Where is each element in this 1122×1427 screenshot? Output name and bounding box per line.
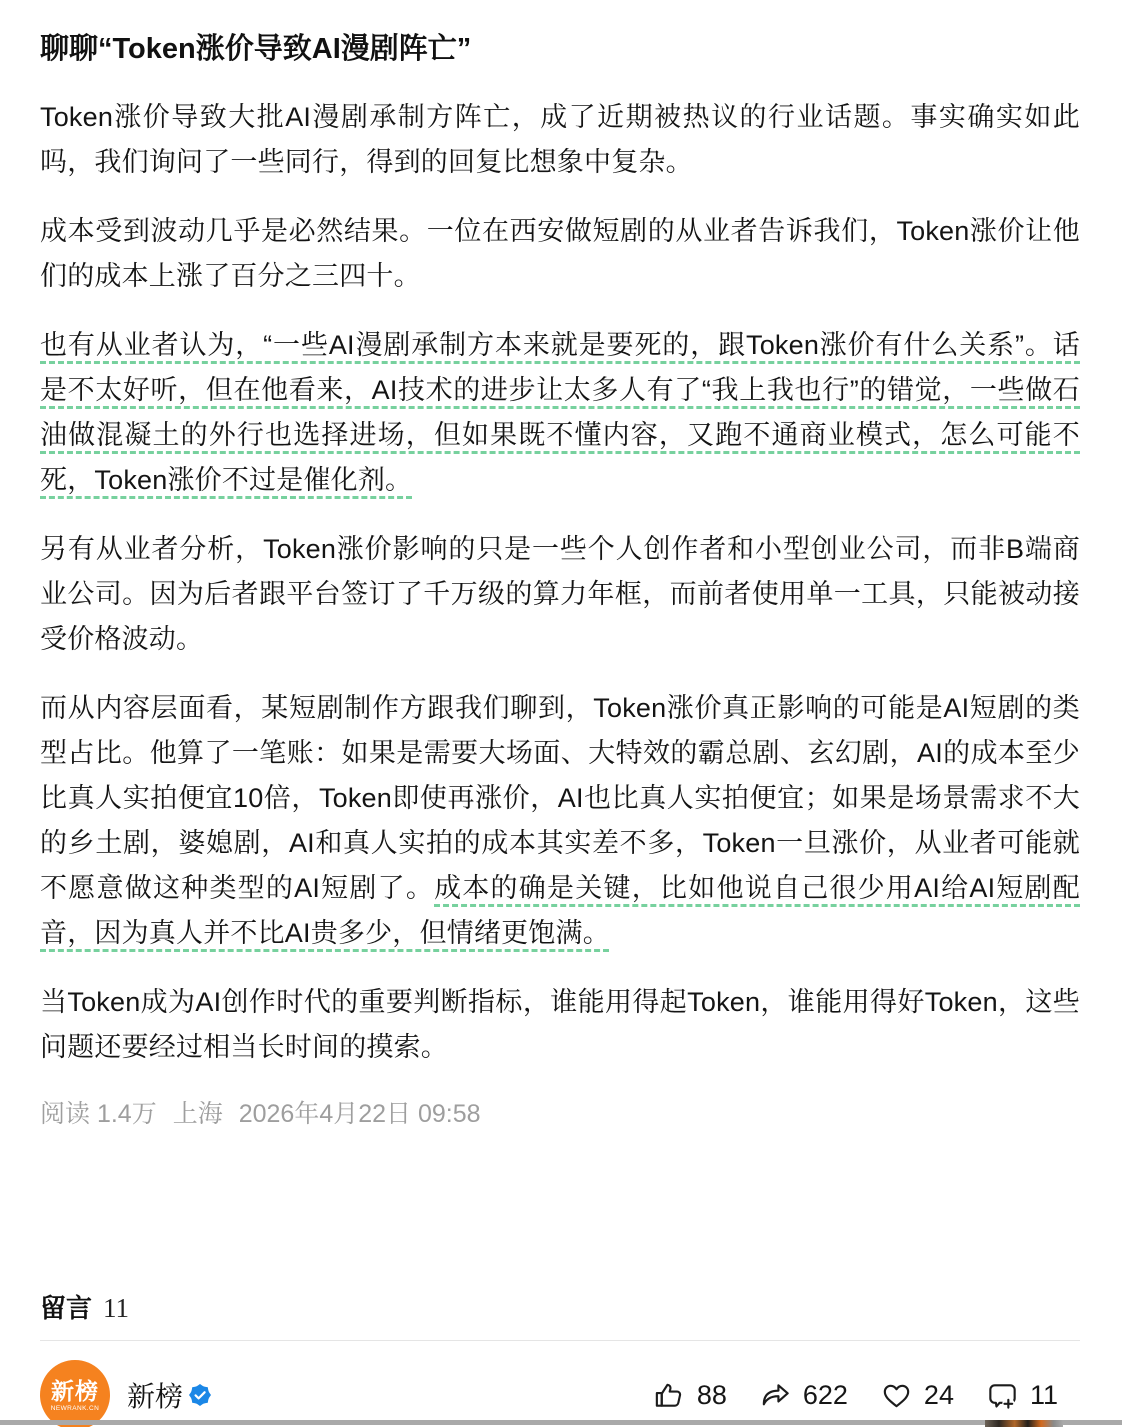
next-section-image-fragment bbox=[985, 1420, 1063, 1427]
paragraph-text: 另有从业者分析，Token涨价影响的只是一些个人创作者和小型创业公司，而非B端商… bbox=[40, 534, 1080, 654]
thumbs-up-icon bbox=[652, 1378, 687, 1413]
paragraph: 另有从业者分析，Token涨价影响的只是一些个人创作者和小型创业公司，而非B端商… bbox=[40, 527, 1080, 662]
paragraph: 当Token成为AI创作时代的重要判断指标，谁能用得起Token，谁能用得好To… bbox=[40, 980, 1080, 1070]
paragraph: 而从内容层面看，某短剧制作方跟我们聊到，Token涨价真正影响的可能是AI短剧的… bbox=[40, 686, 1080, 956]
comment-plus-icon bbox=[985, 1378, 1020, 1413]
heart-count: 24 bbox=[924, 1380, 954, 1411]
paragraph: 也有从业者认为，“一些AI漫剧承制方本来就是要死的，跟Token涨价有什么关系”… bbox=[40, 323, 1080, 503]
read-count: 阅读 1.4万 bbox=[40, 1094, 157, 1130]
share-button[interactable]: 622 bbox=[758, 1378, 848, 1413]
article-meta: 阅读 1.4万 上海 2026年4月22日 09:58 bbox=[40, 1094, 1080, 1130]
paragraph-text: 当Token成为AI创作时代的重要判断指标，谁能用得起Token，谁能用得好To… bbox=[40, 987, 1080, 1062]
location-label: 上海 bbox=[173, 1094, 223, 1130]
like-button[interactable]: 88 bbox=[652, 1378, 727, 1413]
comments-count: 11 bbox=[103, 1293, 129, 1324]
account-avatar[interactable]: 新榜 NEWRANK.CN bbox=[40, 1360, 110, 1427]
paragraph-text: 而从内容层面看，某短剧制作方跟我们聊到，Token涨价真正影响的可能是AI短剧的… bbox=[40, 693, 1080, 903]
heart-icon bbox=[879, 1378, 914, 1413]
share-arrow-icon bbox=[758, 1378, 793, 1413]
paragraph-text: 成本受到波动几乎是必然结果。一位在西安做短剧的从业者告诉我们，Token涨价让他… bbox=[40, 216, 1080, 291]
comments-label: 留言 bbox=[40, 1288, 92, 1325]
heart-button[interactable]: 24 bbox=[879, 1378, 954, 1413]
verified-badge-icon bbox=[189, 1384, 211, 1406]
avatar-logo-text: 新榜 bbox=[51, 1379, 99, 1403]
comment-button[interactable]: 11 bbox=[985, 1378, 1058, 1413]
article-title: 聊聊“Token涨价导致AI漫剧阵亡” bbox=[40, 26, 1080, 72]
comments-section: 留言 11 bbox=[40, 1288, 1080, 1341]
footer-bar: 新榜 NEWRANK.CN 新榜 88 bbox=[40, 1356, 1080, 1427]
publish-datetime: 2026年4月22日 09:58 bbox=[239, 1094, 481, 1130]
paragraph: 成本受到波动几乎是必然结果。一位在西安做短剧的从业者告诉我们，Token涨价让他… bbox=[40, 209, 1080, 299]
paragraph-text: Token涨价导致大批AI漫剧承制方阵亡，成了近期被热议的行业话题。事实确实如此… bbox=[40, 102, 1080, 177]
paragraph-text-underlined: 也有从业者认为，“一些AI漫剧承制方本来就是要死的，跟Token涨价有什么关系”… bbox=[40, 330, 1080, 495]
engagement-stats: 88 622 24 11 bbox=[652, 1378, 1058, 1413]
account-name-label: 新榜 bbox=[127, 1375, 183, 1415]
comment-count: 11 bbox=[1030, 1380, 1058, 1411]
next-section-edge bbox=[0, 1420, 1122, 1425]
like-count: 88 bbox=[697, 1380, 727, 1411]
paragraph: Token涨价导致大批AI漫剧承制方阵亡，成了近期被热议的行业话题。事实确实如此… bbox=[40, 95, 1080, 185]
share-count: 622 bbox=[803, 1380, 848, 1411]
article-page: 聊聊“Token涨价导致AI漫剧阵亡” Token涨价导致大批AI漫剧承制方阵亡… bbox=[0, 0, 1122, 1427]
comments-header: 留言 11 bbox=[40, 1288, 1080, 1325]
account-info[interactable]: 新榜 NEWRANK.CN 新榜 bbox=[40, 1360, 211, 1427]
divider bbox=[40, 1340, 1080, 1341]
account-name[interactable]: 新榜 bbox=[127, 1375, 211, 1415]
avatar-logo-subtext: NEWRANK.CN bbox=[51, 1405, 99, 1412]
